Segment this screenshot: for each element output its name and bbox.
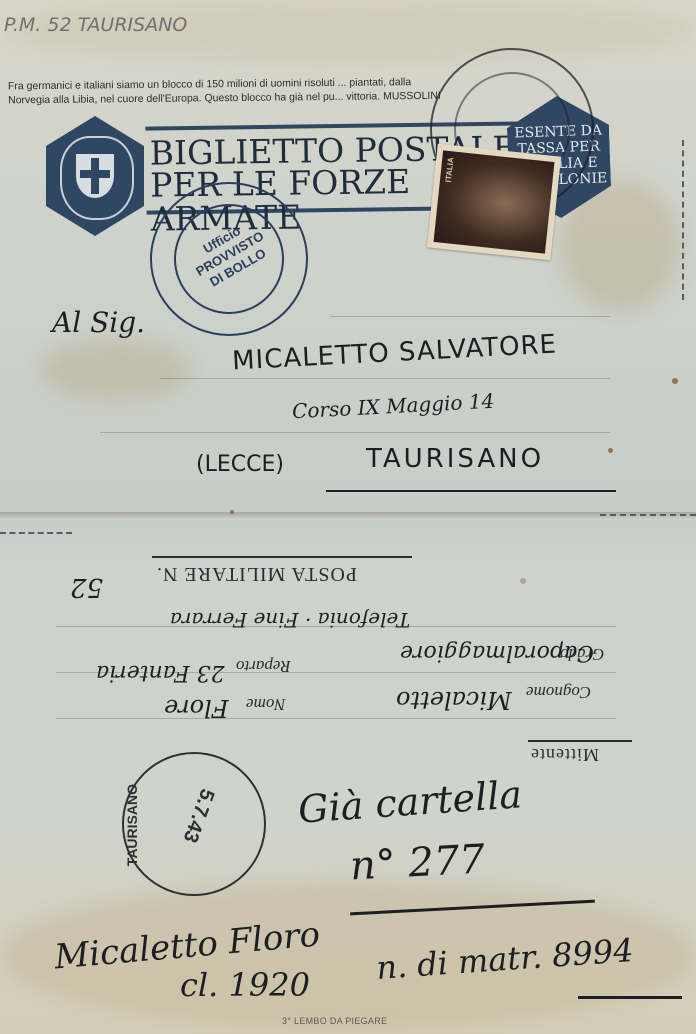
- censor-postmark: Ufficio PROVVISTO DI BOLLO: [150, 182, 308, 336]
- posta-militare-label: POSTA MILITARE N.: [156, 562, 357, 585]
- address-rule: [160, 378, 610, 379]
- annotation-cartella: Già cartella: [297, 772, 524, 832]
- spot: [672, 378, 678, 384]
- letter-card: P.M. 52 TAURISANO Fra germanici e italia…: [0, 0, 696, 1034]
- stamp-label: ITALIA: [444, 157, 456, 183]
- cognome-label: Cognome: [526, 682, 591, 702]
- nome-value: Flore: [164, 694, 228, 722]
- pencil-note: P.M. 52 TAURISANO: [4, 14, 187, 36]
- recipient-street: Corso IX Maggio 14: [292, 389, 495, 424]
- perforation-line: [600, 514, 696, 516]
- perforation-line: [0, 532, 72, 534]
- reparto-label: Reparto: [236, 656, 291, 676]
- annotation-number: n° 277: [349, 837, 486, 890]
- perforation-line: [682, 140, 684, 300]
- sender-rule: [56, 718, 616, 719]
- address-rule: [100, 432, 610, 433]
- reparto-value: 23 Fanteria: [96, 660, 225, 685]
- sender-header-rule: [152, 556, 412, 558]
- address-rule: [330, 316, 610, 317]
- recipient-city: TAURISANO: [366, 444, 544, 474]
- address-prefix: Al Sig.: [52, 306, 145, 339]
- spot: [608, 448, 613, 453]
- spot: [520, 578, 526, 584]
- nome-label: Nome: [246, 694, 286, 714]
- postmark-place: TAURISANO: [124, 784, 154, 866]
- cognome-value: Micaletto: [396, 686, 512, 714]
- matricola-underline: [578, 996, 682, 999]
- postage-stamp: ITALIA: [427, 144, 561, 260]
- fold-line: [0, 512, 696, 520]
- origin-postmark: TAURISANO 5.7.43: [122, 752, 266, 896]
- savoy-crest-icon: [46, 116, 144, 236]
- stain: [40, 340, 190, 400]
- sender-extra: Telefonia · Fine Ferrara: [170, 608, 410, 632]
- recipient-province: (LECCE): [196, 452, 284, 477]
- fold-instruction: 3° LEMBO DA PIEGARE: [282, 1016, 387, 1026]
- mittente-rule: [528, 740, 632, 742]
- birth-class: cl. 1920: [180, 966, 310, 1004]
- pm-number: 52: [70, 572, 103, 602]
- city-underline: [326, 490, 616, 492]
- grado-value: Caporalmaggiore: [400, 640, 594, 665]
- mittente-label: Mittente: [530, 744, 599, 765]
- postmark-date: 5.7.43: [177, 783, 219, 847]
- recipient-name: MICALETTO SALVATORE: [231, 330, 557, 377]
